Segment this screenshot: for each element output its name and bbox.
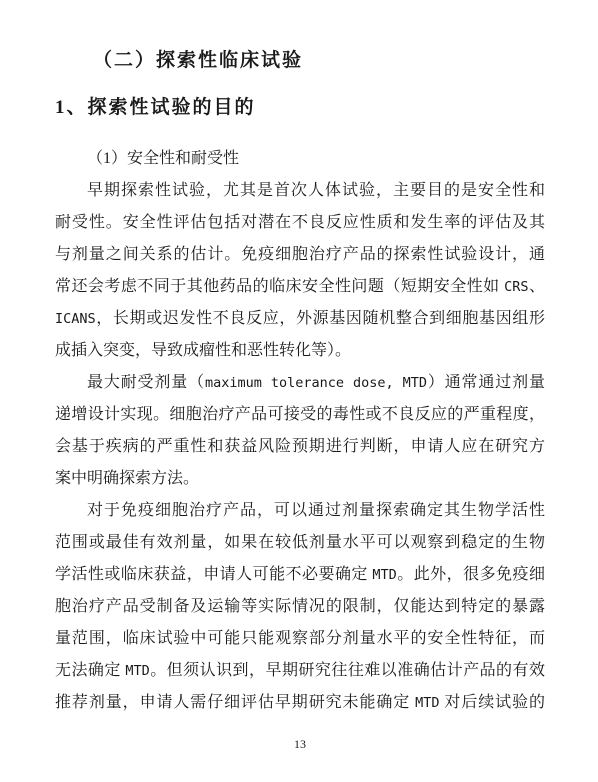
text-line: 无法确定 MTD。但须认识到，早期研究往往难以准确估计产品的有效 <box>55 655 545 687</box>
latin-text-run: MTD <box>125 663 149 679</box>
text-run: 。此外，很多免疫细 <box>397 566 545 583</box>
latin-text-run: MTD <box>372 567 396 583</box>
text-line: 耐受性。安全性评估包括对潜在不良反应性质和发生率的评估及其 <box>55 207 545 239</box>
text-run: 早期探索性试验，尤其是首次人体试验，主要目的是安全性和 <box>87 182 545 199</box>
text-line: 早期探索性试验，尤其是首次人体试验，主要目的是安全性和 <box>55 175 545 207</box>
section-heading: （二）探索性临床试验 <box>55 50 545 72</box>
text-run: 学活性或临床获益，申请人可能不必要确定 <box>55 566 372 583</box>
text-line: 学活性或临床获益，申请人可能不必要确定 MTD。此外，很多免疫细 <box>55 559 545 591</box>
text-run: 与剂量之间关系的估计。免疫细胞治疗产品的探索性试验设计，通 <box>55 246 545 263</box>
text-line: 对于免疫细胞治疗产品，可以通过剂量探索确定其生物学活性 <box>55 495 545 527</box>
text-run: ）通常通过剂量 <box>427 374 545 391</box>
text-line: 与剂量之间关系的估计。免疫细胞治疗产品的探索性试验设计，通 <box>55 239 545 271</box>
text-run: ，长期或迟发性不良反应，外源基因随机整合到细胞基因组形 <box>96 310 545 327</box>
text-run: （1）安全性和耐受性 <box>87 150 239 167</box>
text-run: 量范围，临床试验中可能只能观察部分剂量水平的安全性特征，而 <box>55 630 545 647</box>
numbered-heading: 1、探索性试验的目的 <box>55 97 545 119</box>
text-run: 会基于疾病的严重性和获益风险预期进行判断，申请人应在研究方 <box>55 438 545 455</box>
text-run: 耐受性。安全性评估包括对潜在不良反应性质和发生率的评估及其 <box>55 214 545 231</box>
text-run: 、 <box>529 278 545 295</box>
text-line: 最大耐受剂量（maximum tolerance dose, MTD）通常通过剂… <box>55 367 545 399</box>
text-run: 无法确定 <box>55 662 125 679</box>
text-run: 。但须认识到，早期研究往往难以准确估计产品的有效 <box>150 662 545 679</box>
text-run: 推荐剂量，申请人需仔细评估早期研究未能确定 <box>55 694 415 711</box>
page-number: 13 <box>55 737 545 751</box>
text-run: 常还会考虑不同于其他药品的临床安全性问题（短期安全性如 <box>55 278 504 295</box>
text-line: 量范围，临床试验中可能只能观察部分剂量水平的安全性特征，而 <box>55 623 545 655</box>
text-line: ICANS，长期或迟发性不良反应，外源基因随机整合到细胞基因组形 <box>55 303 545 335</box>
sub-heading-line: （1）安全性和耐受性 <box>55 143 545 175</box>
text-run: 胞治疗产品受制备及运输等实际情况的限制，仅能达到特定的暴露 <box>55 598 545 615</box>
text-line: 推荐剂量，申请人需仔细评估早期研究未能确定 MTD 对后续试验的 <box>55 687 545 719</box>
text-line: 成插入突变，导致成瘤性和恶性转化等）。 <box>55 335 545 367</box>
text-line: 胞治疗产品受制备及运输等实际情况的限制，仅能达到特定的暴露 <box>55 591 545 623</box>
latin-text-run: ICANS <box>55 311 96 327</box>
latin-text-run: maximum tolerance dose, MTD <box>205 375 427 391</box>
text-run: 递增设计实现。细胞治疗产品可接受的毒性或不良反应的严重程度， <box>55 406 545 423</box>
text-line: 会基于疾病的严重性和获益风险预期进行判断，申请人应在研究方 <box>55 431 545 463</box>
text-run: 范围或最佳有效剂量，如果在较低剂量水平可以观察到稳定的生物 <box>55 534 545 551</box>
text-line: 常还会考虑不同于其他药品的临床安全性问题（短期安全性如 CRS、 <box>55 271 545 303</box>
document-body: （1）安全性和耐受性 早期探索性试验，尤其是首次人体试验，主要目的是安全性和 耐… <box>55 143 545 719</box>
text-line: 案中明确探索方法。 <box>55 463 545 495</box>
text-run: 成插入突变，导致成瘤性和恶性转化等）。 <box>55 342 351 359</box>
text-run: 案中明确探索方法。 <box>55 470 199 487</box>
text-run: 最大耐受剂量（ <box>87 374 205 391</box>
latin-text-run: MTD <box>415 695 439 711</box>
text-line: 递增设计实现。细胞治疗产品可接受的毒性或不良反应的严重程度， <box>55 399 545 431</box>
document-page: （二）探索性临床试验 1、探索性试验的目的 （1）安全性和耐受性 早期探索性试验… <box>0 0 598 782</box>
latin-text-run: CRS <box>504 279 528 295</box>
text-run: 对后续试验的 <box>440 694 545 711</box>
text-line: 范围或最佳有效剂量，如果在较低剂量水平可以观察到稳定的生物 <box>55 527 545 559</box>
text-run: 对于免疫细胞治疗产品，可以通过剂量探索确定其生物学活性 <box>87 502 545 519</box>
